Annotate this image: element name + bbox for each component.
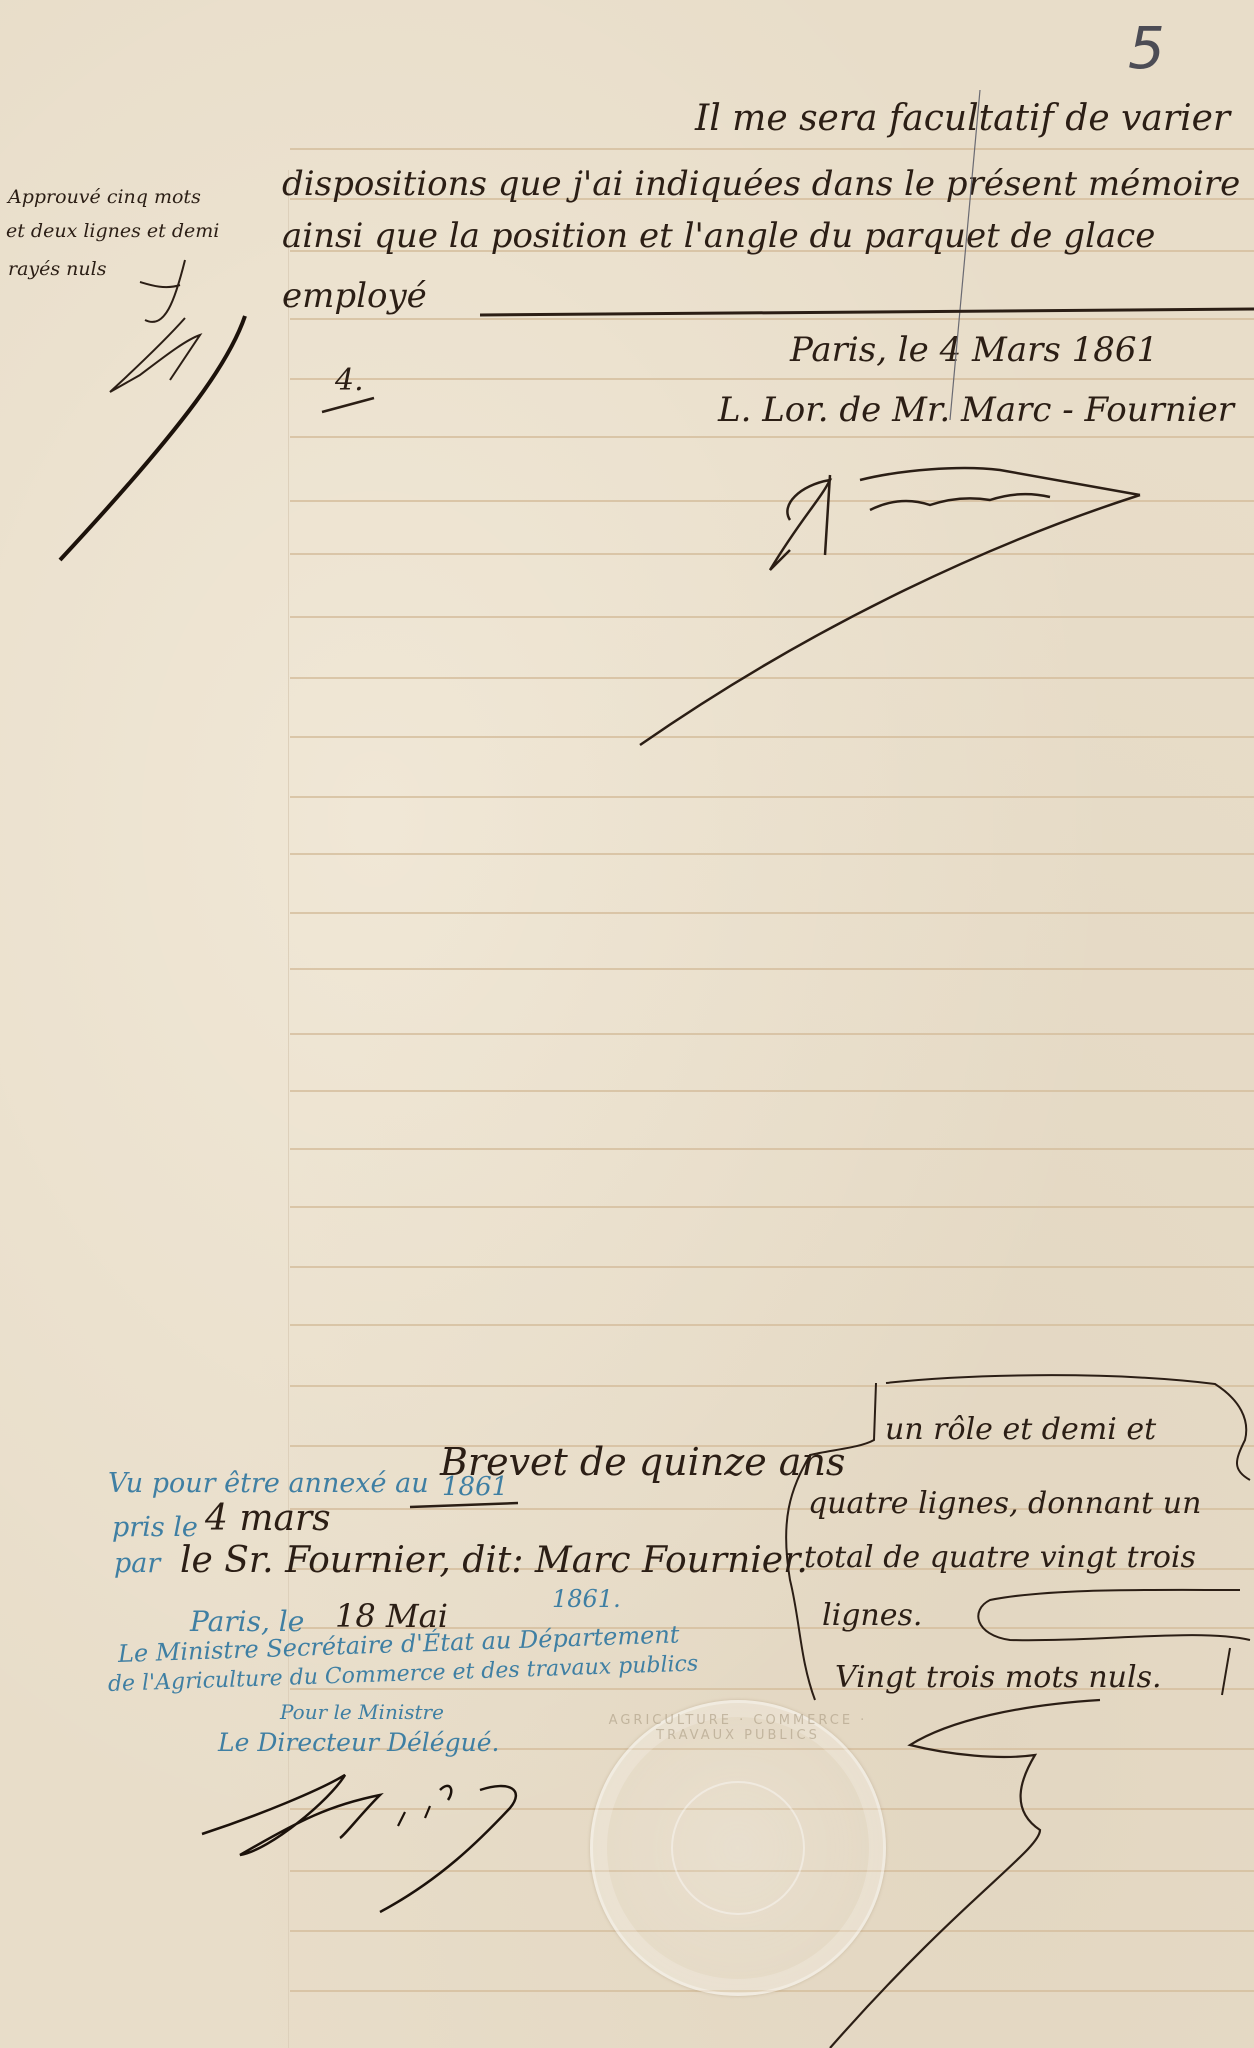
margin-note-line: et deux lignes et demi bbox=[6, 220, 219, 242]
body-line: dispositions que j'ai indiquées dans le … bbox=[282, 164, 1240, 204]
ruled-line bbox=[290, 1385, 1254, 1387]
ruled-line bbox=[290, 968, 1254, 970]
ruled-line bbox=[290, 912, 1254, 914]
stamp-pris-le: pris le bbox=[112, 1512, 198, 1543]
hand-date: 4 mars bbox=[205, 1498, 331, 1539]
ruled-line bbox=[290, 1266, 1254, 1268]
margin-initials-signature bbox=[60, 260, 245, 560]
hand-name: le Sr. Fournier, dit: Marc Fournier. bbox=[180, 1540, 808, 1581]
bracket-note-line: Vingt trois mots nuls. bbox=[835, 1660, 1162, 1695]
ruled-line bbox=[290, 796, 1254, 798]
bracket-note-line: un rôle et demi et bbox=[885, 1412, 1156, 1447]
line-filler bbox=[480, 309, 1254, 315]
attribution: L. Lor. de Mr. Marc - Fournier bbox=[718, 390, 1234, 430]
body-line: Il me sera facultatif de varier bbox=[695, 98, 1230, 139]
bracket-note-line: lignes. bbox=[822, 1598, 922, 1633]
folio-number: 5 bbox=[1128, 14, 1165, 82]
ruled-line bbox=[290, 677, 1254, 679]
margin-note-line: rayés nuls bbox=[8, 258, 106, 280]
page-marker: 4. bbox=[335, 363, 364, 398]
ruled-line bbox=[290, 1324, 1254, 1326]
bracket-note-line: total de quatre vingt trois bbox=[804, 1540, 1196, 1575]
stamp-year: 1861 bbox=[442, 1472, 508, 1502]
body-line: ainsi que la position et l'angle du parq… bbox=[282, 216, 1155, 256]
embossed-seal: AGRICULTURE · COMMERCE · TRAVAUX PUBLICS bbox=[590, 1700, 886, 1996]
ruled-line bbox=[290, 553, 1254, 555]
ruled-line bbox=[290, 500, 1254, 502]
place-date: Paris, le 4 Mars 1861 bbox=[790, 330, 1158, 370]
margin-note-line: Approuvé cinq mots bbox=[8, 186, 201, 208]
main-signature bbox=[640, 468, 1140, 745]
annex-dash bbox=[410, 1503, 518, 1507]
seal-eagle-emblem bbox=[671, 1781, 805, 1915]
ruled-line bbox=[290, 1090, 1254, 1092]
ruled-line bbox=[290, 853, 1254, 855]
ruled-line bbox=[290, 736, 1254, 738]
ruled-line bbox=[290, 1033, 1254, 1035]
director-signature bbox=[202, 1775, 516, 1912]
document-page: 5 AGRICULTURE · COMMERCE · TRAVAUX PUBLI… bbox=[0, 0, 1254, 2048]
note-closing-loop bbox=[978, 1590, 1250, 1640]
ruled-line bbox=[290, 616, 1254, 618]
stamp-director-title: Le Directeur Délégué. bbox=[218, 1728, 499, 1757]
ruled-line bbox=[290, 378, 1254, 380]
stamp-paris-le: Paris, le bbox=[190, 1605, 304, 1638]
bracket-note-line: quatre lignes, donnant un bbox=[808, 1486, 1201, 1521]
margin-line bbox=[288, 170, 289, 2048]
ruled-line bbox=[290, 318, 1254, 320]
stamp-for-minister: Pour le Ministre bbox=[280, 1700, 444, 1724]
seal-legend: AGRICULTURE · COMMERCE · TRAVAUX PUBLICS bbox=[593, 1713, 883, 1743]
ruled-line bbox=[290, 148, 1254, 150]
marker-underline bbox=[322, 398, 374, 412]
ruled-line bbox=[290, 1148, 1254, 1150]
ruled-line bbox=[290, 1206, 1254, 1208]
body-line: employé bbox=[282, 276, 427, 316]
ruled-line bbox=[290, 436, 1254, 438]
stamp-year-2: 1861. bbox=[552, 1585, 621, 1613]
stamp-vu-pour: Vu pour être annexé au bbox=[108, 1468, 429, 1499]
stamp-par: par bbox=[114, 1548, 160, 1579]
